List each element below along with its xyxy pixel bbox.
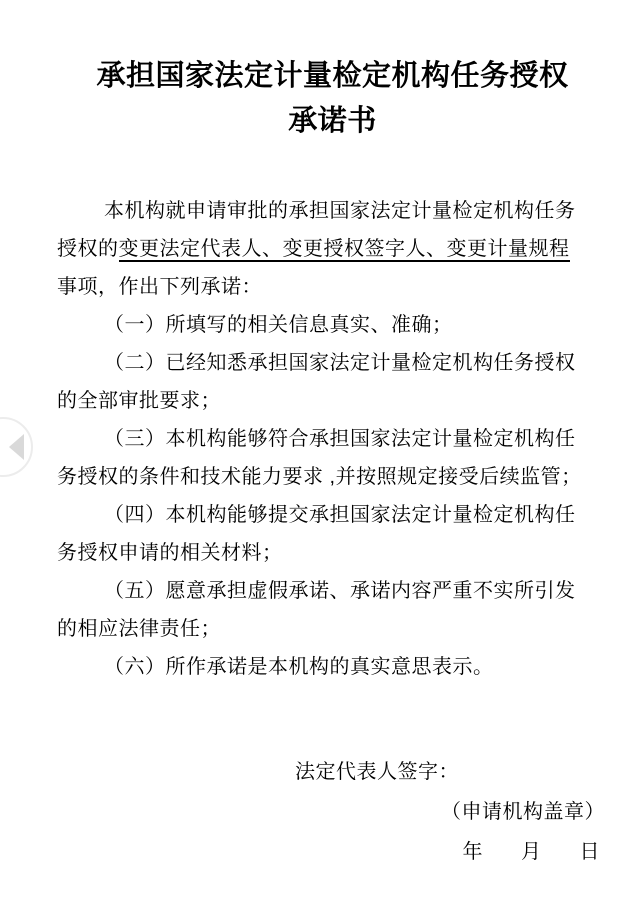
body-line: 本机构就申请审批的承担国家法定计量检定机构任务 — [57, 192, 629, 230]
text-segment: 务授权的条件和技术能力要求 ,并按照规定接受后续监管； — [57, 466, 582, 488]
body-line: （四）本机构能够提交承担国家法定计量检定机构任 — [57, 496, 629, 534]
text-segment: 务授权申请的相关材料； — [57, 542, 283, 564]
text-segment: （四）本机构能够提交承担国家法定计量检定机构任 — [104, 504, 576, 526]
body-line: 事项，作出下列承诺： — [57, 268, 629, 306]
applicant-seal-label: （申请机构盖章） — [0, 792, 629, 832]
text-segment: 的相应法律责任； — [57, 618, 221, 640]
body-line: （五）愿意承担虚假承诺、承诺内容严重不实所引发 — [57, 572, 629, 610]
month-label: 月 — [521, 832, 542, 872]
text-segment: （六）所作承诺是本机构的真实意思表示。 — [104, 656, 494, 678]
body-line: 务授权申请的相关材料； — [57, 534, 629, 572]
body-line: 的相应法律责任； — [57, 610, 629, 648]
left-arrow-icon — [9, 434, 24, 460]
date-line: 年月日 — [0, 832, 629, 872]
year-label: 年 — [463, 832, 484, 872]
body-line: （六）所作承诺是本机构的真实意思表示。 — [57, 648, 629, 686]
text-segment: （一）所填写的相关信息真实、准确； — [104, 314, 453, 336]
signature-block: 法定代表人签字： （申请机构盖章） 年月日 — [0, 752, 629, 872]
title-line-1: 承担国家法定计量检定机构任务授权 — [36, 54, 629, 99]
body-line: （三）本机构能够符合承担国家法定计量检定机构任 — [57, 420, 629, 458]
document-page: 承担国家法定计量检定机构任务授权 承诺书 本机构就申请审批的承担国家法定计量检定… — [0, 0, 629, 902]
document-title: 承担国家法定计量检定机构任务授权 承诺书 — [0, 54, 629, 144]
underlined-text: 变更法定代表人、变更授权签字人、变更计量规程 — [119, 238, 570, 262]
body-line: （二）已经知悉承担国家法定计量检定机构任务授权 — [57, 344, 629, 382]
document-body: 本机构就申请审批的承担国家法定计量检定机构任务授权的变更法定代表人、变更授权签字… — [0, 192, 629, 686]
body-line: 的全部审批要求； — [57, 382, 629, 420]
text-segment: 的全部审批要求； — [57, 390, 221, 412]
text-segment: （二）已经知悉承担国家法定计量检定机构任务授权 — [104, 352, 576, 374]
day-label: 日 — [580, 832, 601, 872]
title-line-2: 承诺书 — [36, 99, 629, 144]
text-segment: （五）愿意承担虚假承诺、承诺内容严重不实所引发 — [104, 580, 576, 602]
text-segment: （三）本机构能够符合承担国家法定计量检定机构任 — [104, 428, 576, 450]
text-segment: 事项，作出下列承诺： — [57, 276, 262, 298]
body-line: （一）所填写的相关信息真实、准确； — [57, 306, 629, 344]
body-line: 授权的变更法定代表人、变更授权签字人、变更计量规程 — [57, 230, 629, 268]
body-line: 务授权的条件和技术能力要求 ,并按照规定接受后续监管； — [57, 458, 629, 496]
legal-representative-signature-label: 法定代表人签字： — [0, 752, 629, 792]
text-segment: 本机构就申请审批的承担国家法定计量检定机构任务 — [104, 200, 576, 222]
text-segment: 授权的 — [57, 238, 119, 260]
